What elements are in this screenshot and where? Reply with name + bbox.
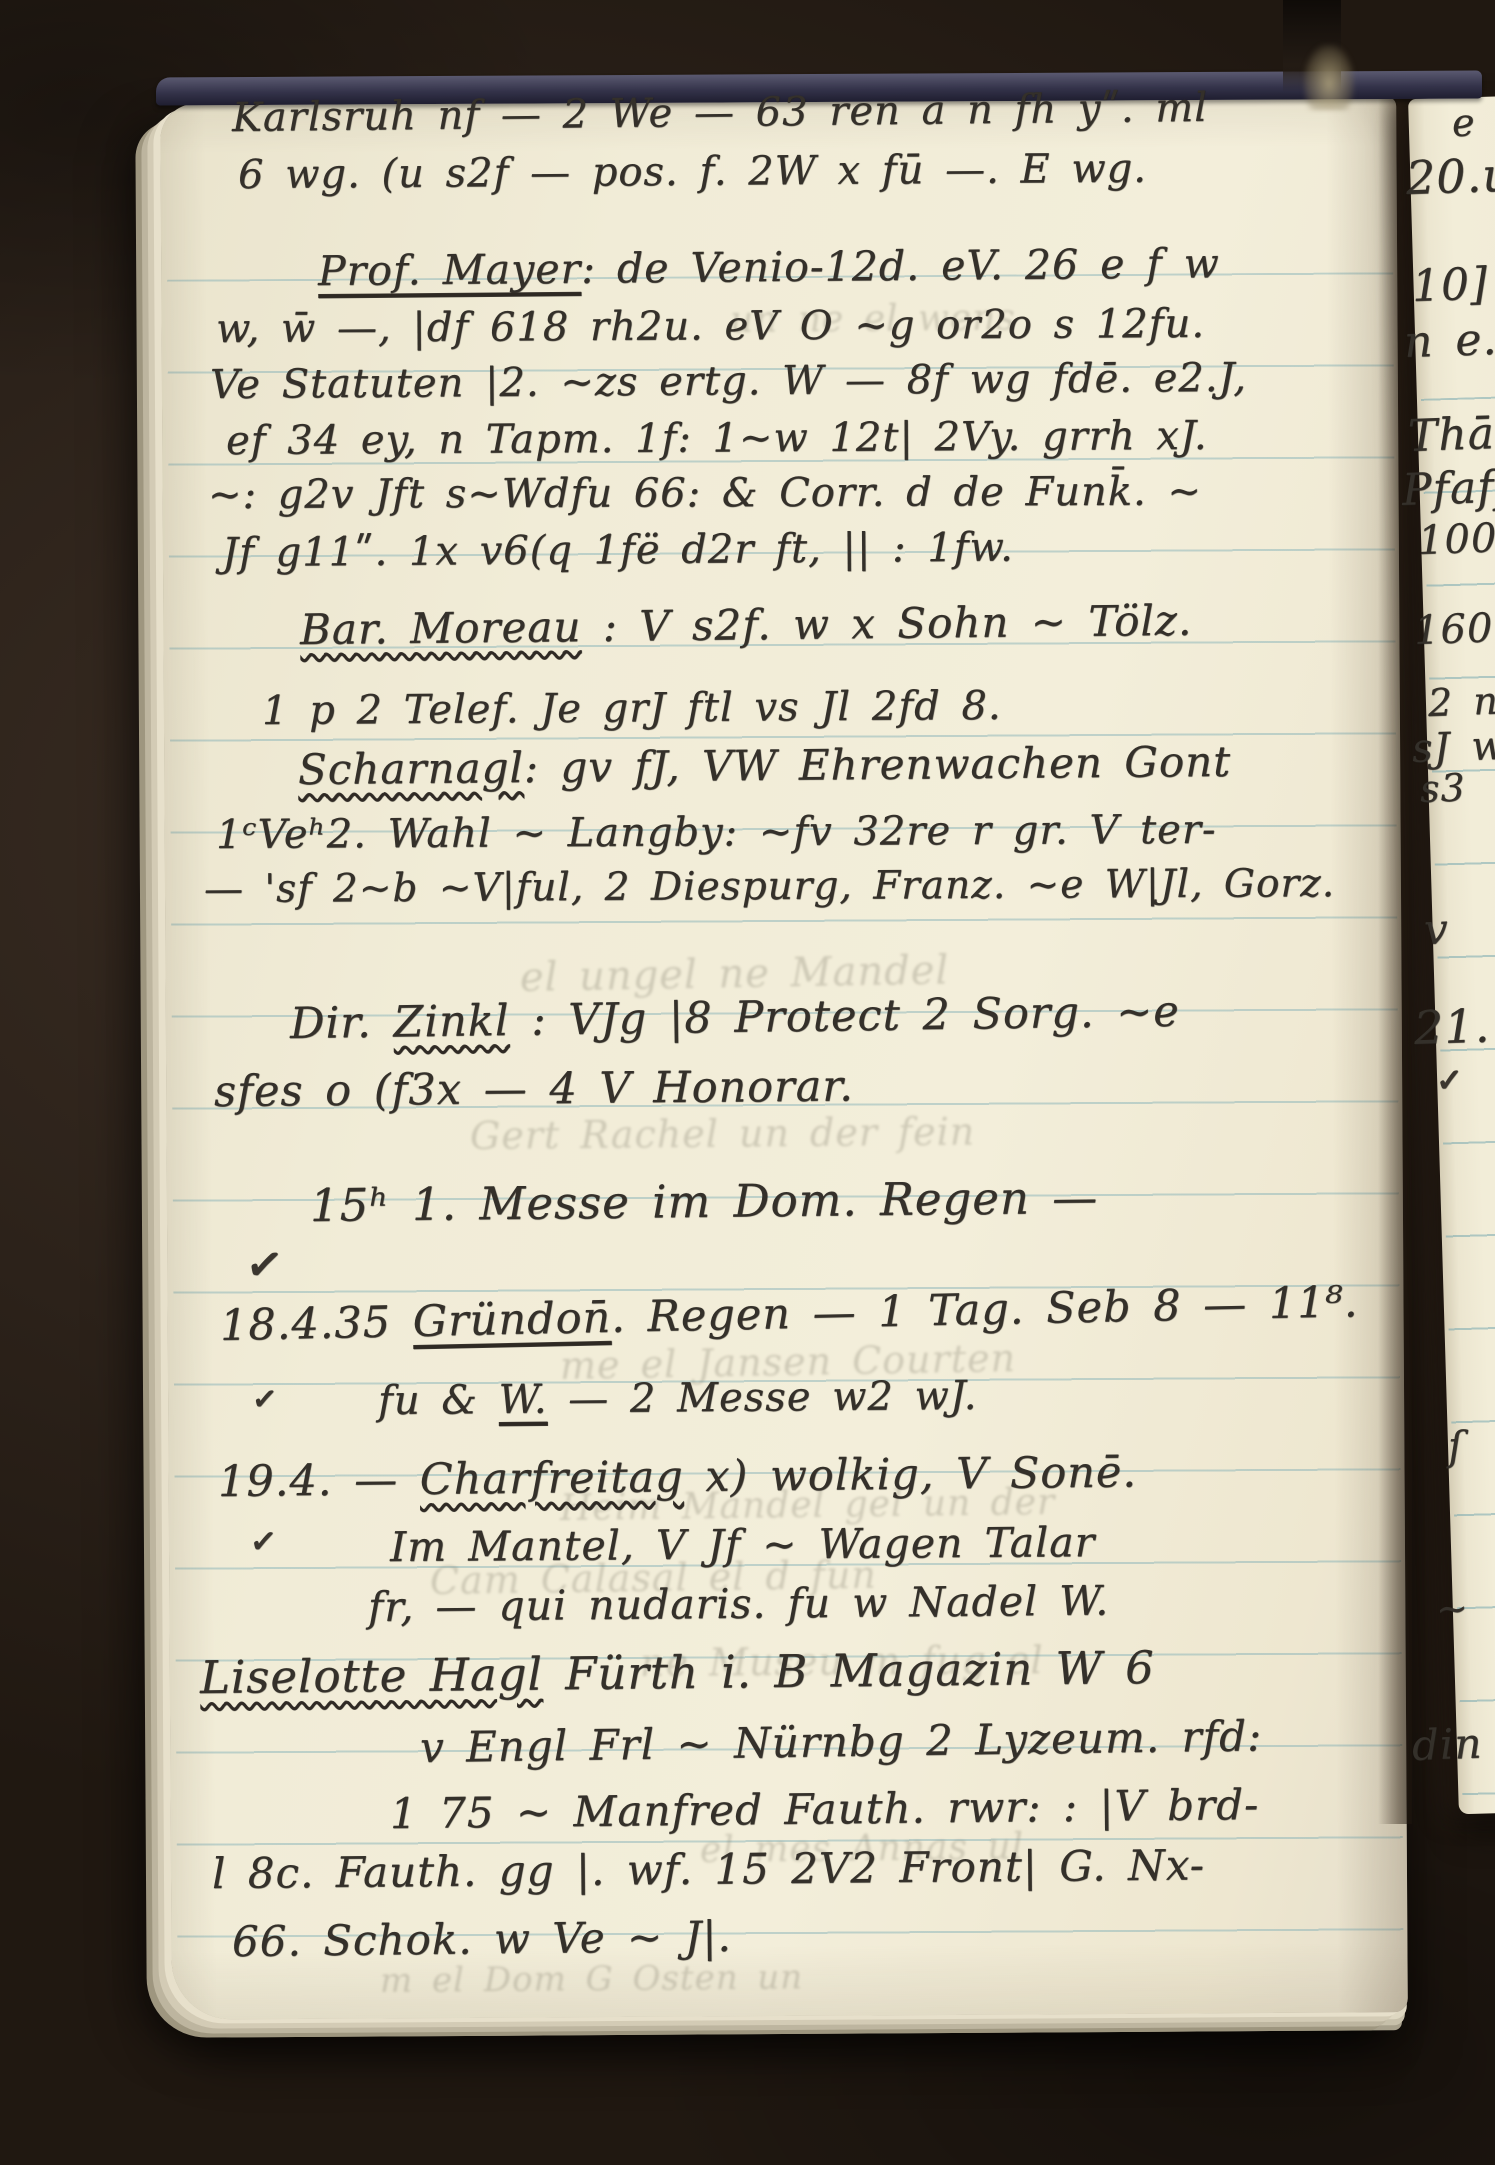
- handwriting-line: 2 ns: [1427, 679, 1495, 726]
- underlined-word: Bar. Moreau: [300, 602, 582, 654]
- handwriting-line: e: [1451, 101, 1476, 145]
- handwriting-line: 6 wg. (u s2f — pos. f. 2W x fū —. E wg.: [238, 146, 1147, 198]
- handwriting-line: sJ w: [1411, 723, 1495, 772]
- underlined-word: Zinkl: [393, 996, 510, 1048]
- underlined-word: Gründon̄: [412, 1293, 611, 1347]
- notebook-photo: un ne el wensel ungel ne MandelGert Rach…: [0, 0, 1495, 2165]
- handwriting-line: 100: [1417, 515, 1495, 564]
- handwriting-line: ~: [1435, 1587, 1469, 1632]
- check-mark: ✓: [250, 1382, 278, 1419]
- underlined-word: Prof. Mayer: [318, 245, 582, 295]
- handwriting-line: s3: [1419, 766, 1466, 811]
- handwriting-line: v: [1423, 905, 1449, 954]
- handwriting-line: 1 p 2 Telef. Je grJ ftl vs Jl 2fd 8.: [262, 683, 1002, 734]
- handwriting-line: Jf g11ʺ. 1x v6(q 1fë d2r ft, || : 1fw.: [222, 524, 1014, 576]
- handwriting-line: Im Mantel, V Jf ~ Wagen Talar: [390, 1519, 1096, 1571]
- handwriting-line: — 'sf 2~b ~V|ful, 2 Diespurg, Franz. ~e …: [204, 862, 1335, 913]
- check-mark: ✓: [242, 1238, 286, 1293]
- underlined-word: Liselotte Hagl: [200, 1647, 543, 1704]
- check-mark: ✓: [1436, 1062, 1463, 1099]
- handwriting-line: n e.: [1403, 315, 1495, 369]
- handwriting-line: w, w̄ —, |df 618 rh2u. eV O ~g or2o s 12…: [216, 301, 1205, 352]
- underlined-word: Scharnagl: [298, 743, 524, 794]
- handwriting-line: Scharnagl: gv fJ, VW Ehrenwachen Gont: [298, 738, 1231, 794]
- handwriting-line: 66. Schok. w Ve ~ J|.: [232, 1913, 732, 1967]
- handwriting-line: 20.u: [1405, 148, 1495, 205]
- handwriting-line: fr, — qui nudaris. fu w Nadel W.: [368, 1578, 1110, 1632]
- underlined-word: Charfreitag: [419, 1452, 683, 1505]
- check-mark: ✓: [248, 1522, 278, 1561]
- handwriting-line: 10]: [1411, 259, 1489, 312]
- handwriting-line: 160: [1413, 605, 1494, 654]
- handwriting-line: Prof. Mayer: de Venio-12d. eV. 26 e f w: [318, 240, 1220, 295]
- handwriting-line: din: [1411, 1720, 1483, 1771]
- bleed-through-text: m el Dom G Osten un: [380, 1958, 804, 2001]
- underlined-word: W.: [498, 1377, 547, 1423]
- handwriting-line: sfes o (f3x — 4 V Honorar.: [214, 1062, 854, 1117]
- handwriting-line: 1 75 ~ Manfred Fauth. rwr: : |V brd-: [390, 1781, 1260, 1838]
- handwriting-line: fu & W. — 2 Messe w2 wJ.: [378, 1373, 978, 1424]
- handwriting-line: 21.: [1413, 999, 1491, 1055]
- handwriting-line: 19.4. — Charfreitag x) wolkig, V Sonē.: [218, 1448, 1137, 1507]
- handwriting-line: ~: g2v Jft s~Wdfu 66: & Corr. d de Funk̄…: [208, 469, 1202, 518]
- handwriting-line: 15ʰ 1. Messe im Dom. Regen —: [310, 1172, 1099, 1232]
- handwriting-line: Liselotte Hagl Fürth i. B Magazin W 6: [200, 1642, 1155, 1704]
- bleed-through-text: Gert Rachel un der fein: [470, 1111, 976, 1159]
- handwriting-line: l 8c. Fauth. gg |. wf. 15 2V2 Front| G. …: [212, 1841, 1205, 1898]
- handwriting-line: ef 34 ey, n Tapm. 1f: 1~w 12t| 2Vy. grrh…: [226, 413, 1208, 464]
- handwriting-line: Bar. Moreau : V s2f. w x Sohn ~ Tölz.: [300, 597, 1193, 655]
- handwriting-line: Pfaff: [1401, 462, 1495, 516]
- handwriting-line: Thā: [1407, 409, 1495, 463]
- binding-remnant: [1303, 44, 1355, 110]
- handwriting-line: Ve Statuten |2. ~zs ertg. W — 8f wg fdē.…: [210, 355, 1247, 408]
- handwriting-line: ſ: [1447, 1423, 1464, 1470]
- handwriting-line: 1ᶜVeʰ2. Wahl ~ Langby: ~fv 32re r gr. V …: [216, 807, 1217, 858]
